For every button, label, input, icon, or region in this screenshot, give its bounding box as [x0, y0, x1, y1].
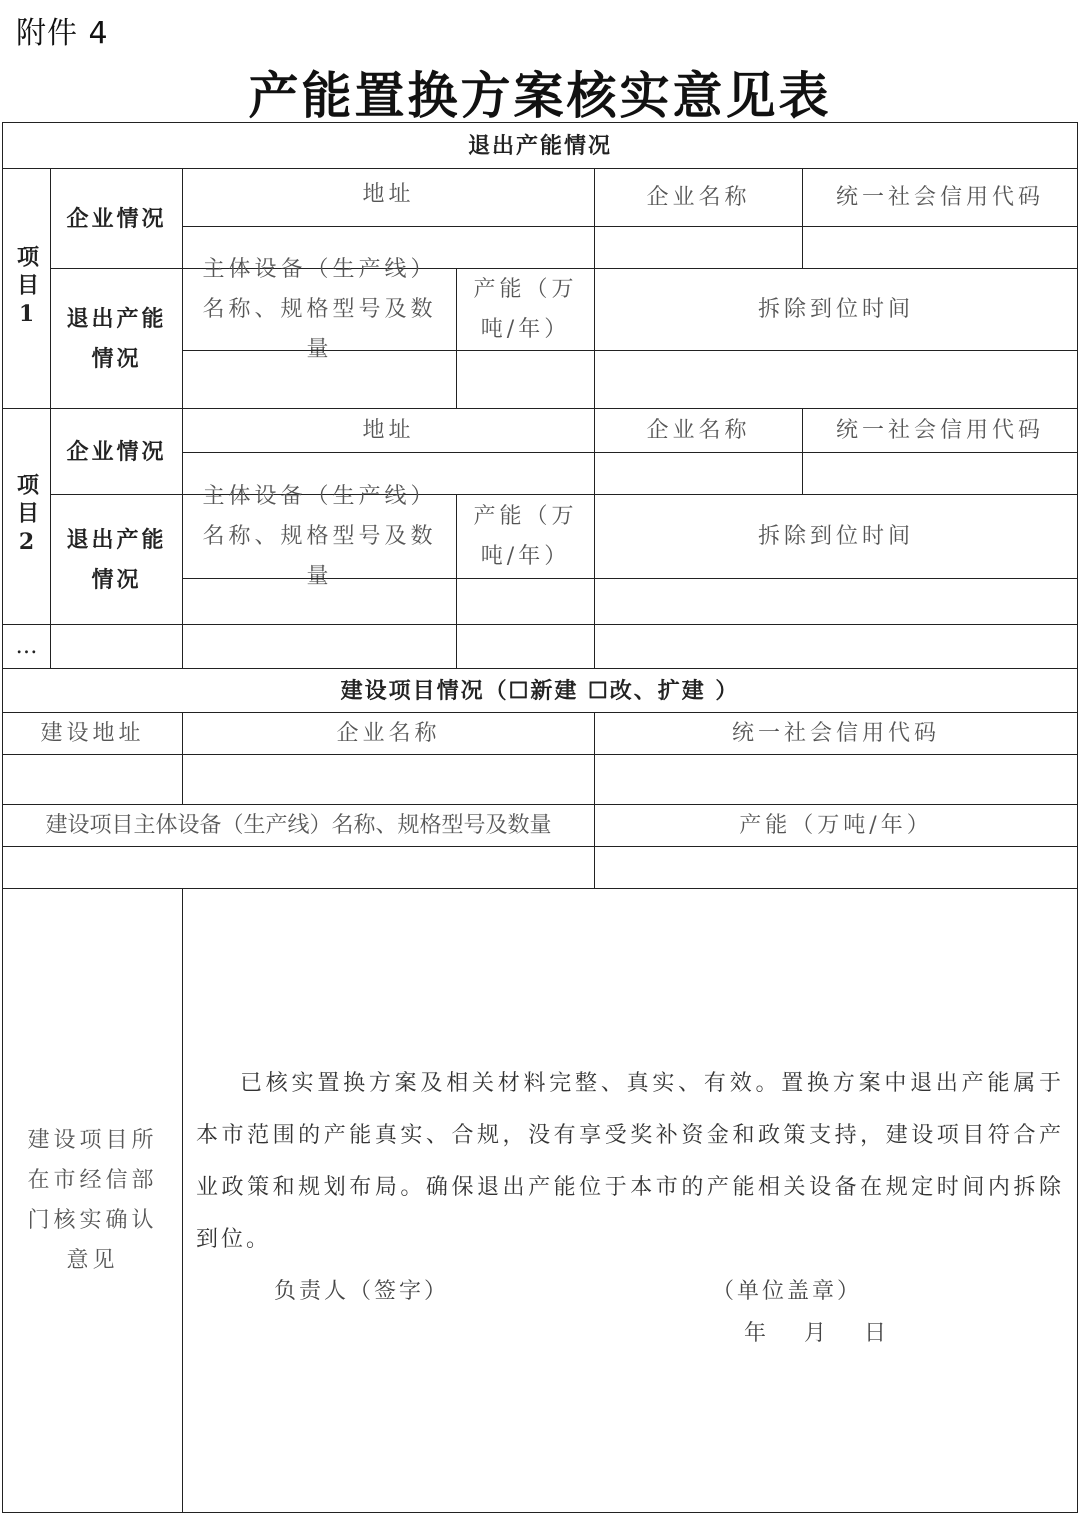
more-projects-cell[interactable]: [594, 624, 1078, 669]
build-address-header: 建设地址: [2, 712, 183, 755]
build-capacity-field[interactable]: [594, 846, 1078, 889]
credit-code-header: 统一社会信用代码: [802, 168, 1078, 227]
project-1-label: 项目1: [2, 168, 51, 409]
build-credit-code-field[interactable]: [594, 754, 1078, 805]
build-credit-code-header: 统一社会信用代码: [594, 712, 1078, 755]
demolition-time-field[interactable]: [594, 350, 1078, 409]
opinion-label: 建设项目所在市经信部门核实确认意见: [2, 888, 183, 1513]
company-name-field[interactable]: [594, 226, 803, 269]
signer-label: 负责人（签字）: [274, 1274, 449, 1305]
credit-code-field[interactable]: [802, 452, 1078, 495]
capacity-header: 产能（万吨/年）: [456, 494, 595, 579]
build-section-title: 建设项目情况（☐新建 ☐改、扩建 ）: [2, 668, 1078, 713]
equipment-header: 主体设备（生产线）名称、规格型号及数量: [182, 268, 457, 351]
demolition-time-field[interactable]: [594, 578, 1078, 625]
opinion-text: 已核实置换方案及相关材料完整、真实、有效。置换方案中退出产能属于本市范围的产能真…: [196, 1058, 1064, 1266]
build-company-name-header: 企业名称: [182, 712, 595, 755]
capacity-field[interactable]: [456, 578, 595, 625]
more-projects-cell[interactable]: [50, 624, 183, 669]
capacity-header: 产能（万吨/年）: [456, 268, 595, 351]
build-address-field[interactable]: [2, 754, 183, 805]
more-projects-cell[interactable]: [182, 624, 457, 669]
project-2-label: 项目2: [2, 408, 51, 625]
equipment-header: 主体设备（生产线）名称、规格型号及数量: [182, 494, 457, 579]
more-projects-ellipsis: …: [2, 624, 51, 669]
date-label: 年 月 日: [744, 1316, 894, 1347]
build-equipment-header: 建设项目主体设备（生产线）名称、规格型号及数量: [2, 804, 595, 847]
exit-section-title: 退出产能情况: [2, 122, 1078, 169]
build-company-name-field[interactable]: [182, 754, 595, 805]
credit-code-field[interactable]: [802, 226, 1078, 269]
exit-capacity-group: 退出产能情况: [50, 268, 183, 409]
capacity-field[interactable]: [456, 350, 595, 409]
address-header: 地址: [182, 168, 595, 227]
company-info-group: 企业情况: [50, 408, 183, 495]
seal-label: （单位盖章）: [712, 1274, 862, 1305]
equipment-field[interactable]: [182, 350, 457, 409]
form-table: 退出产能情况 项目1 企业情况 地址 企业名称 统一社会信用代码 退出产能情况 …: [0, 0, 1080, 1515]
demolition-time-header: 拆除到位时间: [594, 494, 1078, 579]
company-info-group: 企业情况: [50, 168, 183, 269]
opinion-text-block: 已核实置换方案及相关材料完整、真实、有效。置换方案中退出产能属于本市范围的产能真…: [196, 1058, 1064, 1266]
company-name-header: 企业名称: [594, 168, 803, 227]
company-name-header: 企业名称: [594, 408, 803, 453]
company-name-field[interactable]: [594, 452, 803, 495]
build-equipment-field[interactable]: [2, 846, 595, 889]
address-header: 地址: [182, 408, 595, 453]
demolition-time-header: 拆除到位时间: [594, 268, 1078, 351]
equipment-field[interactable]: [182, 578, 457, 625]
build-capacity-header: 产能（万吨/年）: [594, 804, 1078, 847]
exit-capacity-group: 退出产能情况: [50, 494, 183, 625]
credit-code-header: 统一社会信用代码: [802, 408, 1078, 453]
more-projects-cell[interactable]: [456, 624, 595, 669]
